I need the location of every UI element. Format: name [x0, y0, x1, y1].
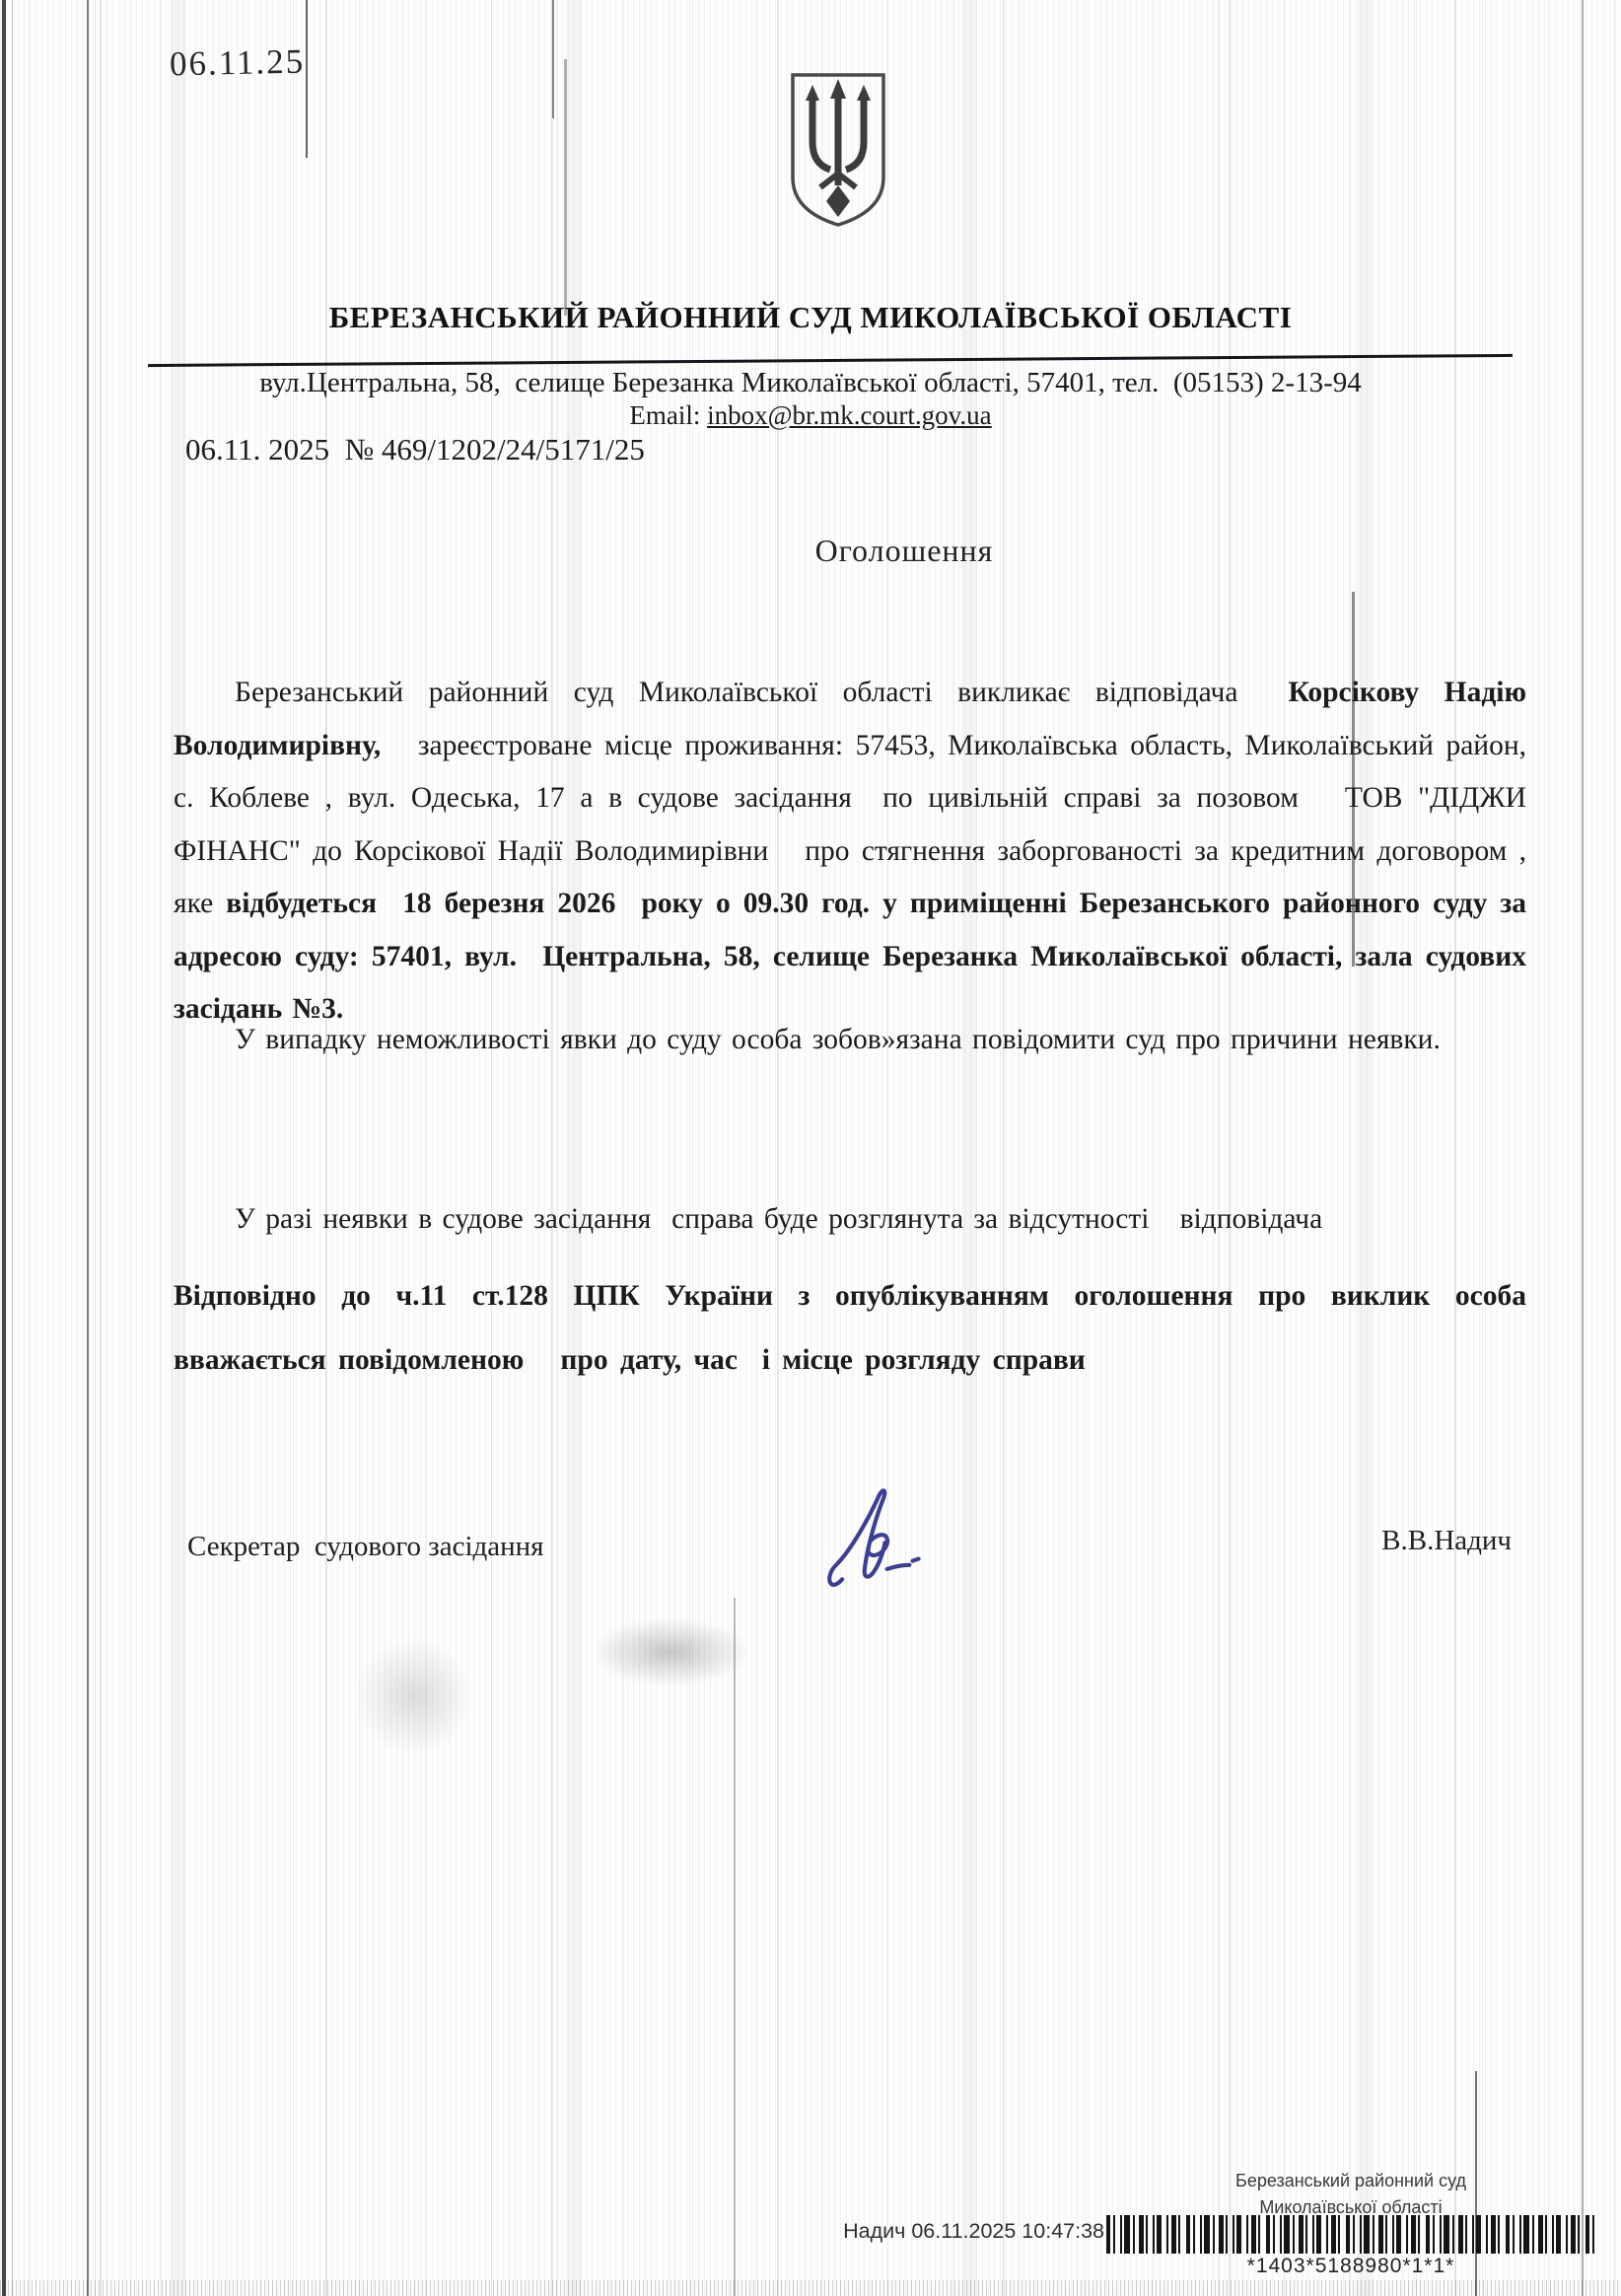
non-appearance-paragraph: У разі неявки в судове засідання справа …	[174, 1193, 1526, 1247]
ukraine-trident-emblem-icon	[777, 69, 899, 233]
email-label: Email:	[629, 400, 707, 430]
absence-notice-paragraph: У випадку неможливості явки до суду особ…	[174, 1002, 1526, 1078]
footer-stamp-timestamp: Надич 06.11.2025 10:47:38	[586, 2219, 1104, 2244]
summons-paragraph: Березанський районний суд Миколаївської …	[174, 667, 1526, 1037]
barcode	[1106, 2215, 1595, 2254]
footer-court-name: Березанський районний суд Миколаївської …	[1104, 2168, 1597, 2221]
signature-scribble	[810, 1479, 925, 1602]
barcode-label: *1403*5188980*1*1*	[1106, 2255, 1595, 2278]
scan-streak	[552, 0, 554, 118]
court-address-line: вул.Центральна, 58, селище Березанка Мик…	[0, 367, 1621, 399]
scan-streak	[734, 1598, 736, 2296]
secretary-role-label: Секретар судового засідання	[187, 1531, 544, 1563]
email-address: inbox@br.mk.court.gov.ua	[707, 400, 992, 430]
scan-streak	[564, 59, 567, 316]
secretary-name: В.В.Надич	[1381, 1525, 1512, 1557]
letterhead-divider	[148, 354, 1513, 367]
summons-text: Березанський районний суд Миколаївської …	[235, 677, 1288, 708]
footer-court-line1: Березанський районний суд	[1104, 2168, 1597, 2194]
scan-streak	[1582, 0, 1584, 2296]
scan-smudge	[355, 1637, 473, 1756]
scanned-court-document-page: 06.11.25 БЕРЕЗАНСЬКИЙ РАЙОННИЙ СУД МИКОЛ…	[0, 0, 1621, 2296]
handwritten-date: 06.11.25	[170, 42, 306, 85]
scan-smudge	[592, 1617, 749, 1686]
legal-basis-paragraph: Відповідно до ч.11 ст.128 ЦПК України з …	[174, 1264, 1526, 1393]
scan-streak	[87, 0, 89, 2296]
court-email-line: Email: inbox@br.mk.court.gov.ua	[0, 400, 1621, 431]
document-title: Оголошення	[187, 533, 1621, 569]
scan-streak	[306, 0, 308, 158]
scan-edge-artifact	[2, 0, 6, 2296]
court-name-title: БЕРЕЗАНСЬКИЙ РАЙОННИЙ СУД МИКОЛАЇВСЬКОЇ …	[0, 300, 1621, 335]
scan-bottom-artifact	[0, 2280, 1621, 2296]
scan-streak	[12, 0, 13, 2296]
document-date-number: 06.11. 2025 № 469/1202/24/5171/25	[185, 432, 645, 467]
scan-streak-texture	[0, 0, 1621, 2296]
